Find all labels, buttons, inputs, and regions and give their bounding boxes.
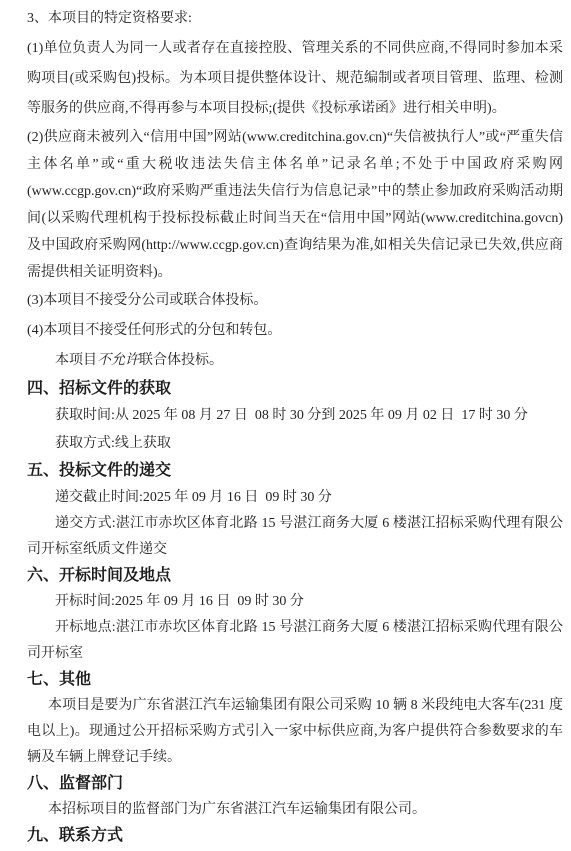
section-7-body: 本项目是要为广东省湛江汽车运输集团有限公司采购 10 辆 8 米段纯电大客车(2… [27,693,563,771]
section-9-heading: 九、联系方式 [27,823,563,849]
clause-no-subcontract: (4)本项目不接受任何形式的分包和转包。 [27,316,563,346]
section-5-deadline: 递交截止时间:2025 年 09 月 16 日 09 时 30 分 [27,484,563,511]
consortium-note-emphasis: 不允许 [97,353,139,368]
section-8-heading: 八、监督部门 [27,771,563,797]
clause-credit-china: (2)供应商未被列入“信用中国”网站(www.creditchina.gov.c… [27,124,563,286]
section-4-obtain-method: 获取方式:线上获取 [27,430,563,458]
consortium-note: 本项目不允许联合体投标。 [27,346,563,376]
section-5-heading: 五、投标文件的递交 [27,458,563,484]
clause-no-branch: (3)本项目不接受分公司或联合体投标。 [27,286,563,316]
section-8-body: 本招标项目的监督部门为广东省湛江汽车运输集团有限公司。 [27,797,563,823]
section-5-method: 递交方式:湛江市赤坎区体育北路 15 号湛江商务大厦 6 楼湛江招标采购代理有限… [27,511,563,563]
qualification-title: 3、本项目的特定资格要求: [27,4,563,34]
section-4-heading: 四、招标文件的获取 [27,376,563,402]
section-6-heading: 六、开标时间及地点 [27,563,563,589]
section-6-place: 开标地点:湛江市赤坎区体育北路 15 号湛江商务大厦 6 楼湛江招标采购代理有限… [27,615,563,667]
section-4-obtain-time: 获取时间:从 2025 年 08 月 27 日 08 时 30 分到 2025 … [27,402,563,430]
consortium-note-suffix: 联合体投标。 [139,353,223,368]
consortium-note-prefix: 本项目 [55,353,97,368]
section-7-heading: 七、其他 [27,667,563,693]
document-page: 3、本项目的特定资格要求: (1)单位负责人为同一人或者存在直接控股、管理关系的… [0,0,571,851]
clause-same-legal-person: (1)单位负责人为同一人或者存在直接控股、管理关系的不同供应商,不得同时参加本采… [27,34,563,124]
section-6-time: 开标时间:2025 年 09 月 16 日 09 时 30 分 [27,589,563,615]
